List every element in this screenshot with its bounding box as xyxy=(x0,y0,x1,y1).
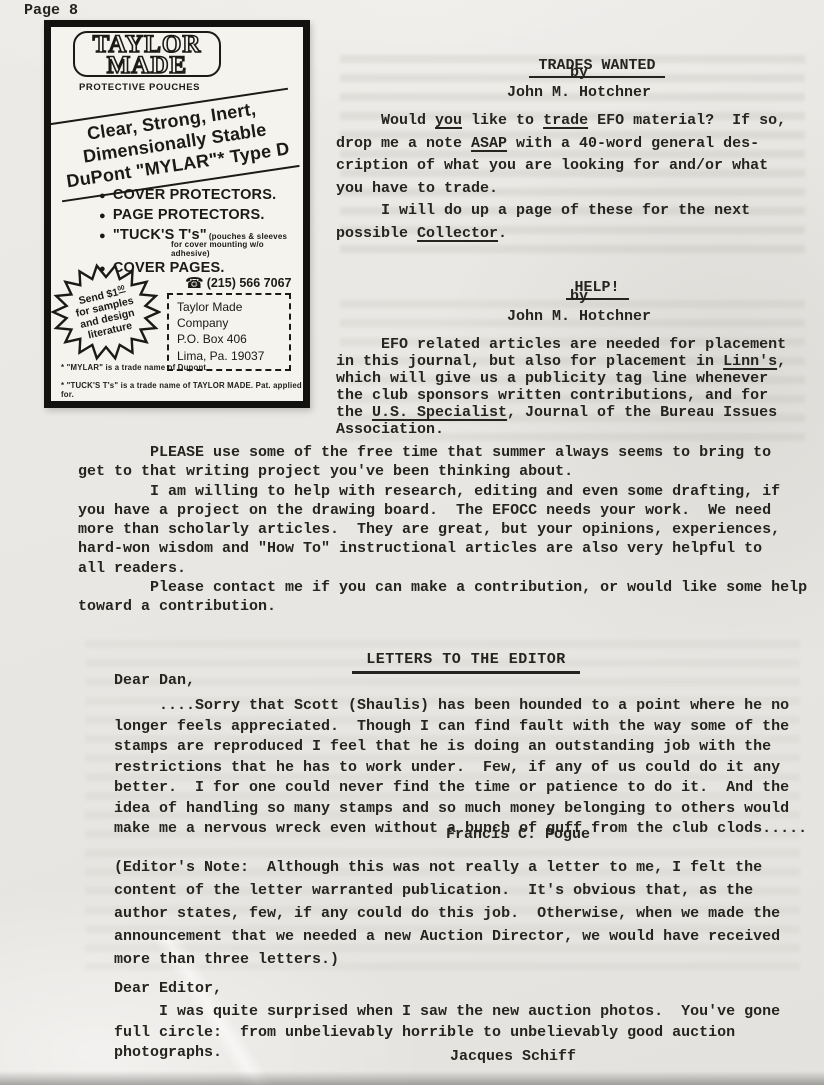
feature-label: COVER PROTECTORS. xyxy=(113,187,276,203)
bullet-dot-icon xyxy=(99,190,106,202)
scan-bottom-edge xyxy=(0,1071,824,1085)
letter2-salutation: Dear Editor, xyxy=(114,980,222,997)
list-item: COVER PROTECTORS. xyxy=(99,187,299,203)
logo-tagline: PROTECTIVE POUCHES xyxy=(79,82,200,93)
editors-note: (Editor's Note: Although this was not re… xyxy=(114,856,814,971)
feature-note-continued: for cover mounting w/o adhesive) xyxy=(171,240,299,258)
bullet-dot-icon xyxy=(99,230,106,242)
logo-word-made: MADE xyxy=(75,56,219,77)
trademark-footnote: * "TUCK'S T's" is a trade name of TAYLOR… xyxy=(61,381,303,399)
letter1-body: ....Sorry that Scott (Shaulis) has been … xyxy=(114,696,814,840)
list-item: PAGE PROTECTORS. xyxy=(99,207,299,223)
bullet-dot-icon xyxy=(99,210,106,222)
mailing-address-box: Taylor Made Company P.O. Box 406 Lima, P… xyxy=(167,293,291,371)
offer-price-cents: 00 xyxy=(117,284,126,293)
trades-body: Would you like to trade EFO material? If… xyxy=(336,110,822,245)
letter1-signature: Francis C. Pogue xyxy=(446,826,590,843)
trademark-footnote: * "MYLAR" is a trade name of Dupont xyxy=(61,363,206,372)
help-author: John M. Hotchner xyxy=(336,308,822,325)
taylor-made-advertisement: TAYLOR MADE PROTECTIVE POUCHES Clear, St… xyxy=(44,20,310,408)
letter2-signature: Jacques Schiff xyxy=(450,1048,576,1065)
editor-appeal-body: PLEASE use some of the free time that su… xyxy=(78,443,818,617)
trades-byline: by xyxy=(336,64,822,81)
section-title: LETTERS TO THE EDITOR xyxy=(352,651,580,674)
ad-headline: Clear, Strong, Inert, Dimensionally Stab… xyxy=(50,88,299,202)
feature-label: PAGE PROTECTORS. xyxy=(113,207,265,223)
help-byline: by xyxy=(336,288,822,305)
advertisement-content: TAYLOR MADE PROTECTIVE POUCHES Clear, St… xyxy=(51,27,303,401)
page-number: Page 8 xyxy=(24,2,78,19)
help-body: EFO related articles are needed for plac… xyxy=(336,336,822,438)
phone-contact: ☎(215) 566 7067 xyxy=(185,274,291,292)
trades-author: John M. Hotchner xyxy=(336,84,822,101)
letter1-salutation: Dear Dan, xyxy=(114,672,195,689)
phone-number: (215) 566 7067 xyxy=(207,276,292,290)
telephone-icon: ☎ xyxy=(185,275,204,292)
scanned-newsletter-page: Page 8 TAYLOR MADE PROTECTIVE POUCHES Cl… xyxy=(0,0,824,1085)
taylor-made-logo: TAYLOR MADE xyxy=(73,31,221,77)
